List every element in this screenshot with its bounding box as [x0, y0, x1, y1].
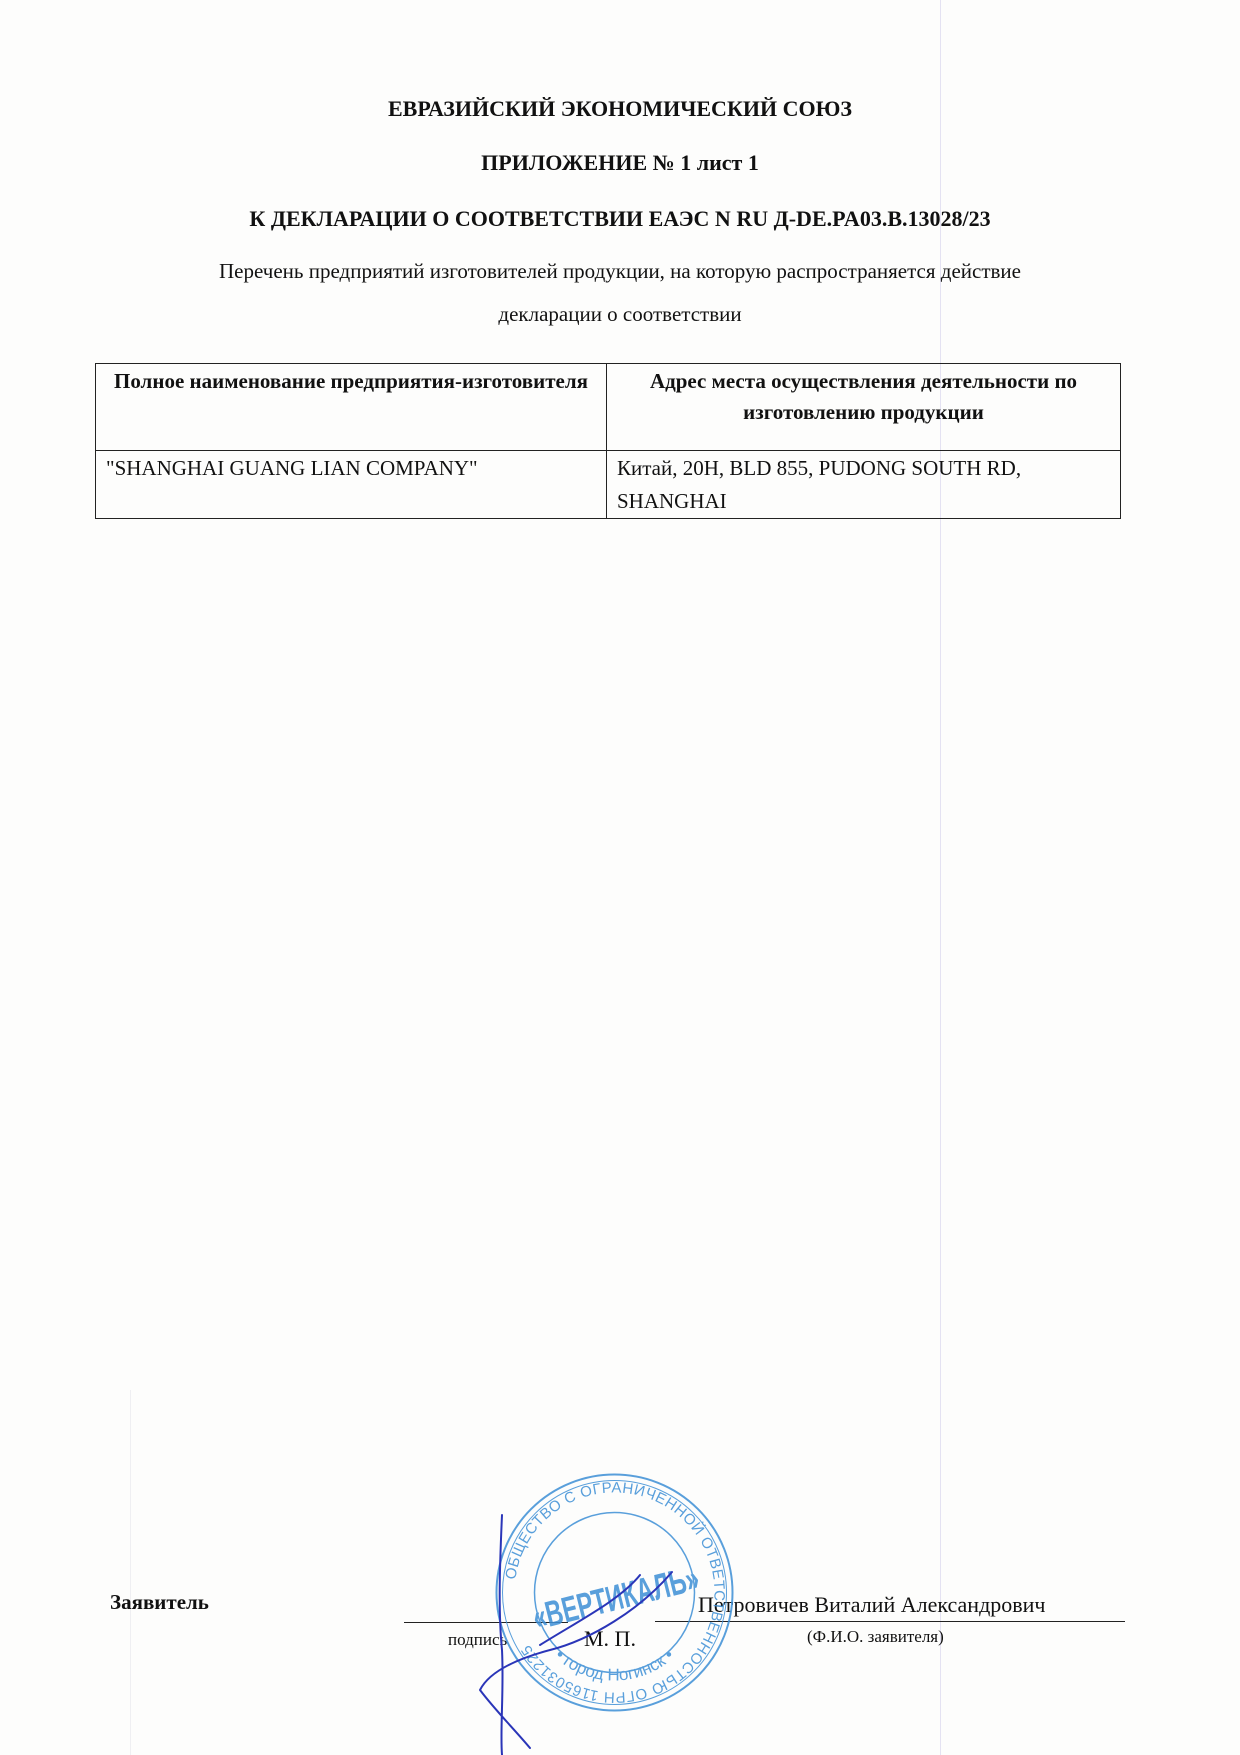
description-line-1: Перечень предприятий изготовителей проду… [0, 259, 1240, 284]
union-title: ЕВРАЗИЙСКИЙ ЭКОНОМИЧЕСКИЙ СОЮЗ [0, 96, 1240, 122]
description-line-2: декларации о соответствии [0, 302, 1240, 327]
applicant-label: Заявитель [110, 1590, 209, 1615]
column-header-address: Адрес места осуществления деятельности п… [607, 364, 1121, 451]
table-row: "SHANGHAI GUANG LIAN COMPANY" Китай, 20H… [96, 451, 1121, 519]
name-caption: (Ф.И.О. заявителя) [807, 1627, 944, 1647]
table-header-row: Полное наименование предприятия-изготови… [96, 364, 1121, 451]
applicant-name: Петровичев Виталий Александрович [698, 1592, 1046, 1618]
handwritten-signature [440, 1480, 680, 1755]
scan-artifact-line [130, 1390, 131, 1755]
column-header-name: Полное наименование предприятия-изготови… [96, 364, 607, 451]
manufacturer-address-cell: Китай, 20H, BLD 855, PUDONG SOUTH RD, SH… [607, 451, 1121, 519]
declaration-title: К ДЕКЛАРАЦИИ О СООТВЕТСТВИИ ЕАЭС N RU Д-… [0, 206, 1240, 232]
manufacturer-name-cell: "SHANGHAI GUANG LIAN COMPANY" [96, 451, 607, 519]
appendix-title: ПРИЛОЖЕНИЕ № 1 лист 1 [0, 150, 1240, 176]
manufacturers-table: Полное наименование предприятия-изготови… [95, 363, 1121, 519]
